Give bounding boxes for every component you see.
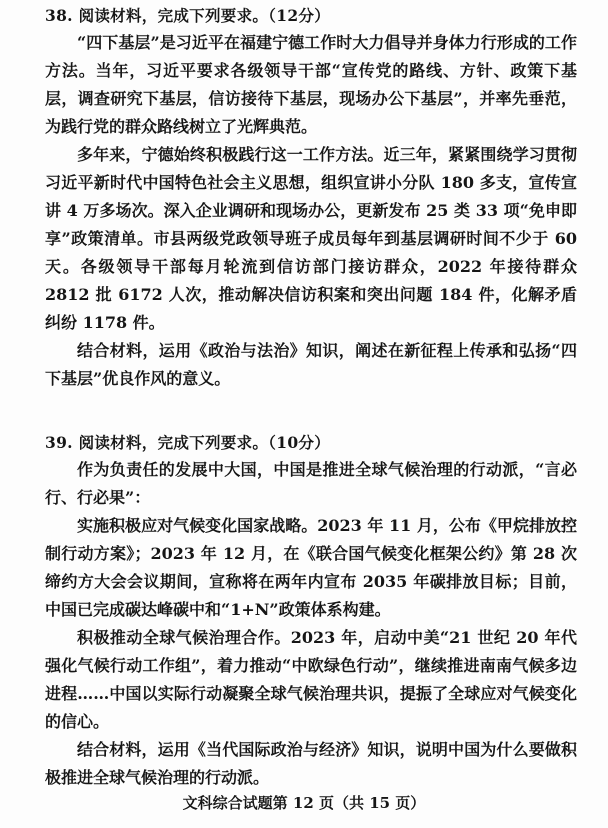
question-number: 38. [45, 6, 73, 25]
question-38-heading: 38. 阅读材料，完成下列要求。（12分） [45, 6, 577, 26]
material-paragraph-1: 作为负责任的发展中大国，中国是推进全球气候治理的行动派，“言必行、行必果”： [45, 456, 577, 512]
exam-page: 38. 阅读材料，完成下列要求。（12分） “四下基层”是习近平在福建宁德工作时… [0, 0, 608, 828]
material-paragraph-3: 积极推动全球气候治理合作。2023 年，启动中美“21 世纪 20 年代强化气候… [45, 624, 577, 736]
question-instruction: 阅读材料，完成下列要求。（12分） [79, 6, 330, 25]
page-footer: 文科综合试题第 12 页（共 15 页） [0, 793, 608, 813]
question-number: 39. [45, 433, 73, 452]
material-paragraph-1: “四下基层”是习近平在福建宁德工作时大力倡导并身体力行形成的工作方法。当年，习近… [45, 29, 577, 141]
question-instruction: 阅读材料，完成下列要求。（10分） [79, 433, 330, 452]
question-38: 38. 阅读材料，完成下列要求。（12分） “四下基层”是习近平在福建宁德工作时… [45, 6, 577, 393]
material-paragraph-2: 实施积极应对气候变化国家战略。2023 年 11 月，公布《甲烷排放控制行动方案… [45, 512, 577, 624]
question-39: 39. 阅读材料，完成下列要求。（10分） 作为负责任的发展中大国，中国是推进全… [45, 433, 577, 792]
question-prompt: 结合材料，运用《政治与法治》知识，阐述在新征程上传承和弘扬“四下基层”优良作风的… [45, 337, 577, 393]
question-39-heading: 39. 阅读材料，完成下列要求。（10分） [45, 433, 577, 453]
material-paragraph-2: 多年来，宁德始终积极践行这一工作方法。近三年，紧紧围绕学习贯彻习近平新时代中国特… [45, 141, 577, 337]
question-prompt: 结合材料，运用《当代国际政治与经济》知识，说明中国为什么要做积极推进全球气候治理… [45, 736, 577, 792]
